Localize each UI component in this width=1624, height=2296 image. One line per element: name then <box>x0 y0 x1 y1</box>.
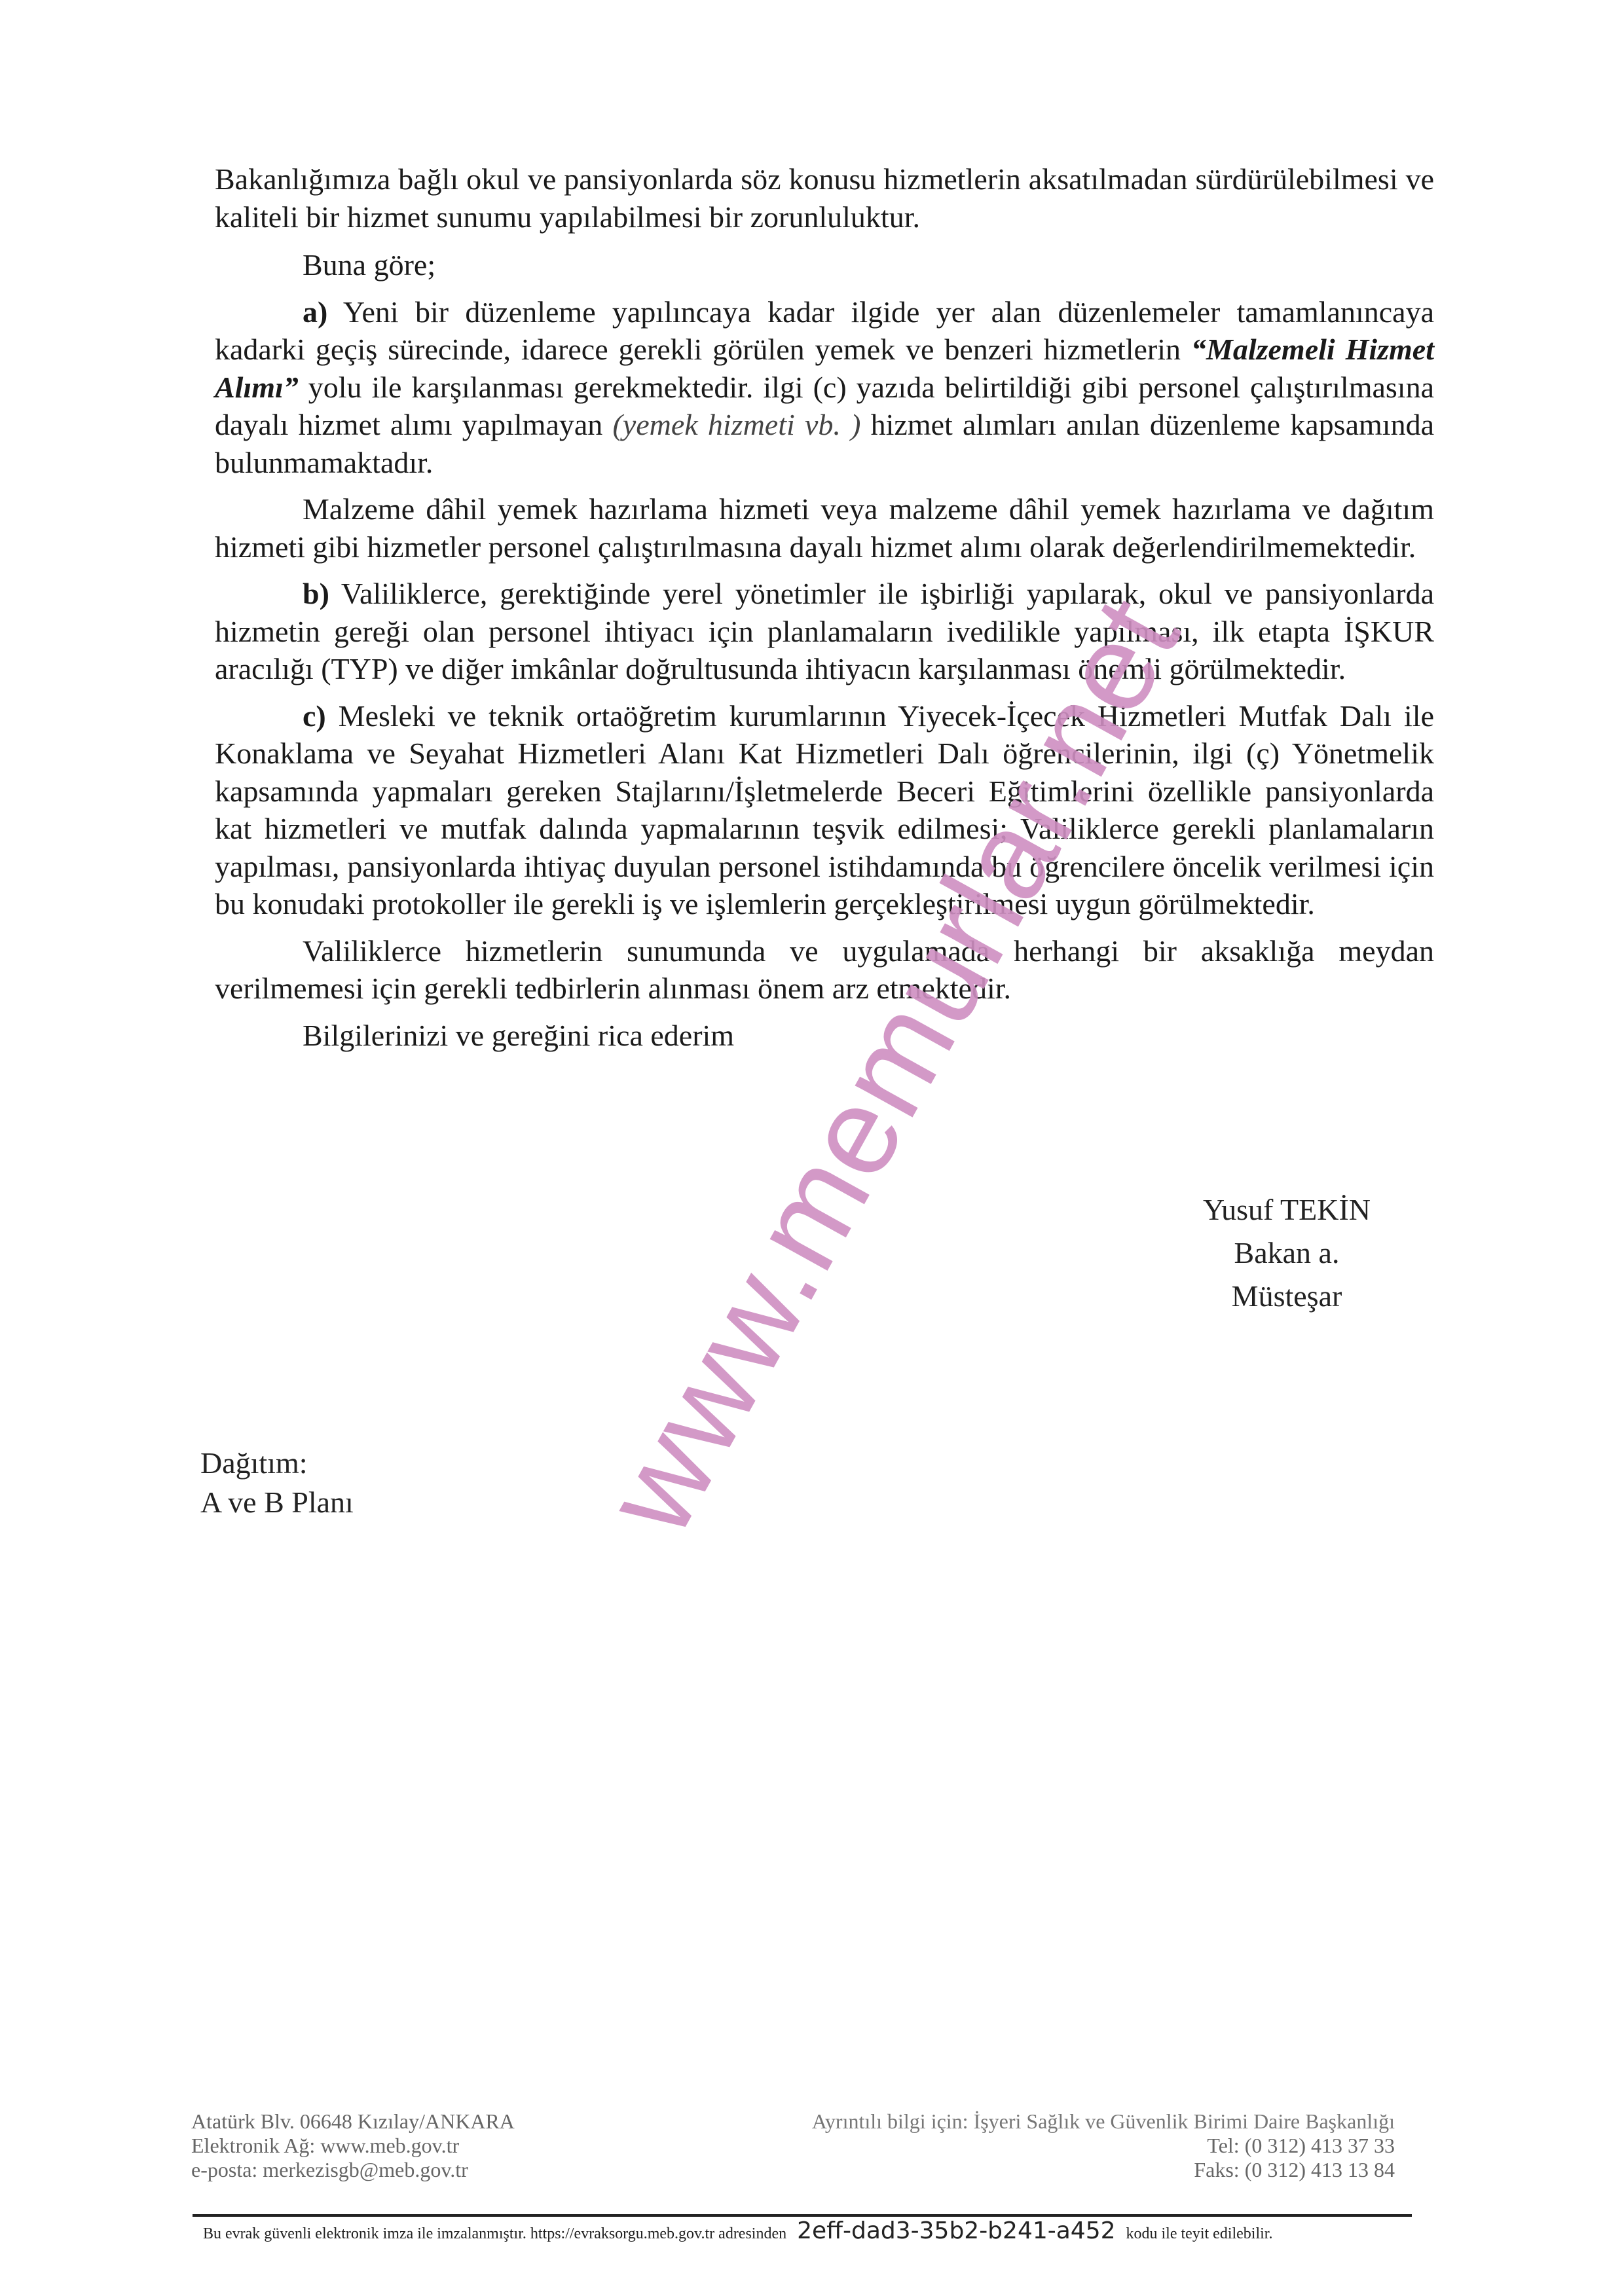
verification-code: 2eff-dad3-35b2-b241-a452 <box>797 2217 1115 2244</box>
footer-divider <box>193 2214 1412 2217</box>
item-b-label: b) <box>303 577 329 610</box>
item-b-paragraph: b) Valiliklerce, gerektiğinde yerel yöne… <box>215 575 1434 688</box>
item-b-text: Valiliklerce, gerektiğinde yerel yönetim… <box>215 577 1434 685</box>
closing-line: Bilgilerinizi ve gereğini rica ederim <box>215 1017 1434 1055</box>
item-a-italic-note: (yemek hizmeti vb. ) <box>613 408 861 441</box>
signatory-name: Yusuf TEKİN <box>1179 1188 1395 1231</box>
footer-tel: Tel: (0 312) 413 37 33 <box>714 2134 1395 2158</box>
valilik-paragraph: Valiliklerce hizmetlerin sunumunda ve uy… <box>215 932 1434 1008</box>
verification-suffix: kodu ile teyit edilebilir. <box>1126 2225 1273 2242</box>
item-a-paragraph: a) Yeni bir düzenleme yapılıncaya kadar … <box>215 293 1434 482</box>
verification-prefix: Bu evrak güvenli elektronik imza ile imz… <box>203 2225 786 2242</box>
footer-web: Elektronik Ağ: www.meb.gov.tr <box>191 2134 515 2158</box>
verification-line: Bu evrak güvenli elektronik imza ile imz… <box>203 2218 1272 2247</box>
footer-email: e-posta: merkezisgb@meb.gov.tr <box>191 2158 515 2182</box>
malzeme-paragraph: Malzeme dâhil yemek hazırlama hizmeti ve… <box>215 490 1434 566</box>
footer-contact: Atatürk Blv. 06648 Kızılay/ANKARA Elektr… <box>191 2109 515 2182</box>
footer-fax: Faks: (0 312) 413 13 84 <box>714 2158 1395 2182</box>
footer-address: Atatürk Blv. 06648 Kızılay/ANKARA <box>191 2109 515 2134</box>
letter-body: Bakanlığımıza bağlı okul ve pansiyonlard… <box>215 160 1434 1054</box>
footer-info: Ayrıntılı bilgi için: İşyeri Sağlık ve G… <box>714 2109 1395 2182</box>
signature-block: Yusuf TEKİN Bakan a. Müsteşar <box>1179 1188 1395 1318</box>
intro-paragraph: Bakanlığımıza bağlı okul ve pansiyonlard… <box>215 160 1434 236</box>
distribution-value: A ve B Planı <box>200 1483 354 1522</box>
distribution-label: Dağıtım: <box>200 1444 354 1483</box>
signatory-title: Müsteşar <box>1179 1275 1395 1318</box>
item-c-label: c) <box>303 699 326 733</box>
item-c-text: Mesleki ve teknik ortaöğretim kurumların… <box>215 699 1434 921</box>
lead-in: Buna göre; <box>215 246 1434 284</box>
item-a-label: a) <box>303 295 327 329</box>
footer-info-line: Ayrıntılı bilgi için: İşyeri Sağlık ve G… <box>714 2109 1395 2134</box>
signatory-on-behalf: Bakan a. <box>1179 1231 1395 1275</box>
distribution-block: Dağıtım: A ve B Planı <box>200 1444 354 1522</box>
item-c-paragraph: c) Mesleki ve teknik ortaöğretim kurumla… <box>215 697 1434 923</box>
